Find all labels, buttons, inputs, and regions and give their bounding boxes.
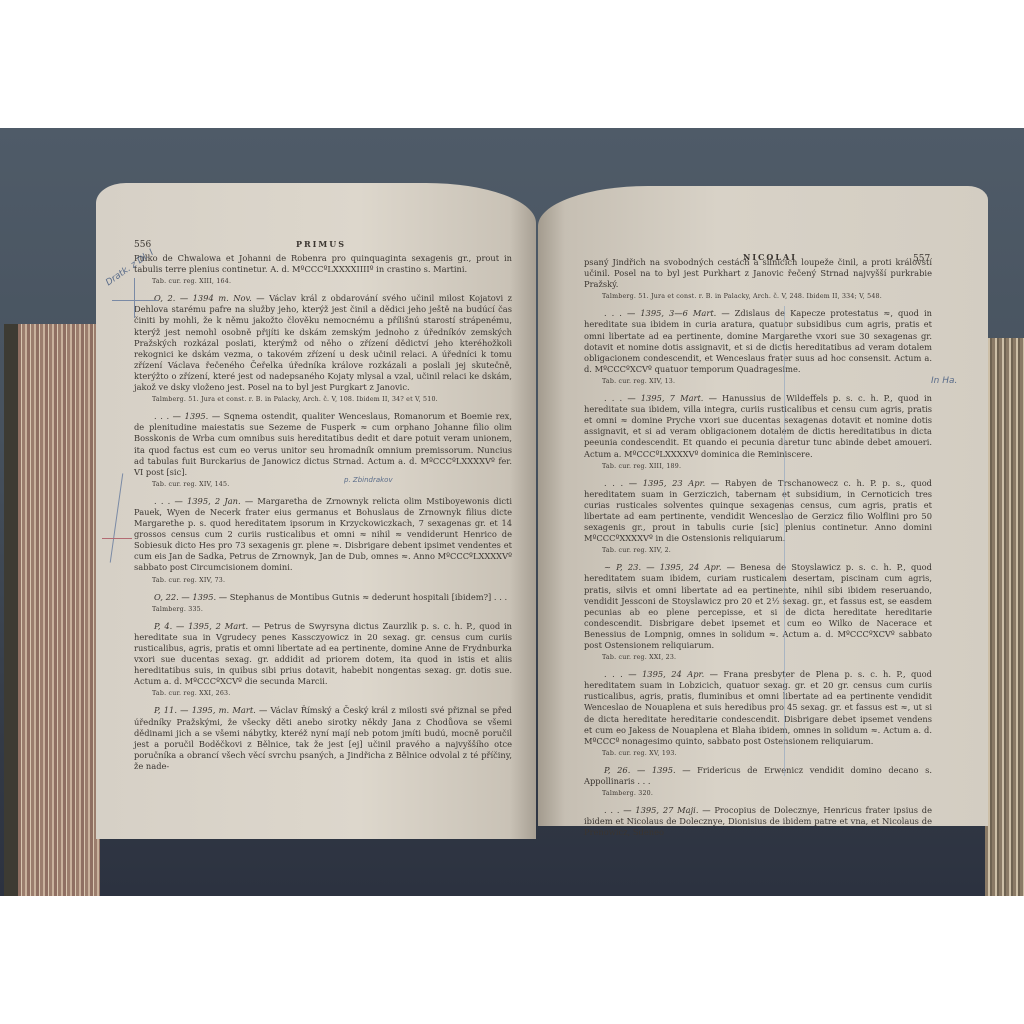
record-entry: . . . — 1395. — Sqnema ostendit, qualite…: [134, 411, 512, 490]
running-head: PRIMUS: [296, 239, 346, 249]
entry-date-head: . . . — 1395, 3—6 Mart. —: [604, 308, 735, 318]
pencil-mark: [110, 473, 124, 562]
entry-date-head: . . . — 1395, 2 Jan. —: [154, 496, 257, 506]
record-entry: . . . — 1395, 2 Jan. — Margaretha de Zrn…: [134, 496, 512, 586]
pencil-mark: [134, 278, 135, 318]
entry-text: Frana presbyter de Plena p. s. c. h. P.,…: [584, 669, 932, 746]
entry-date-head: . . . — 1395, 27 Maji. —: [604, 805, 714, 815]
entry-date-head: O, 22. — 1395. —: [154, 592, 230, 602]
entry-date-head: . . . — 1395, 23 Apr. —: [604, 478, 725, 488]
entry-date-head: P, 4. — 1395, 2 Mart. —: [154, 621, 264, 631]
entry-citation: Tab. cur. reg. XXI, 263.: [152, 688, 512, 699]
right-page: NICOLAI 557 psaný Jindřich na svobodných…: [538, 186, 988, 826]
entry-citation: Tab. cur. reg. XIII, 189.: [602, 461, 932, 472]
pencil-mark: [112, 300, 158, 301]
record-entry: . . . — 1395, 7 Mart. — Hanussius de Wil…: [584, 393, 932, 472]
right-page-text: psaný Jindřich na svobodných cestách a s…: [584, 257, 932, 845]
left-page-edges: [4, 324, 100, 896]
pencil-mark: [784, 306, 785, 776]
entry-citation: Talmberg. 51. Jura et const. r. B. in Pa…: [602, 291, 932, 302]
entry-text: Margaretha de Zrnownyk relicta olim Msti…: [134, 496, 512, 573]
record-entry: psaný Jindřich na svobodných cestách a s…: [584, 257, 932, 302]
entry-citation: Tab. cur. reg. XV, 193.: [602, 748, 932, 759]
entry-date-head: . . . — 1395, 7 Mart. —: [604, 393, 722, 403]
left-page: 556 PRIMUS Pulko de Chwalowa et Johanni …: [96, 183, 536, 839]
entry-citation: Tab. cur. reg. XIV, 13.: [602, 376, 932, 387]
entry-text: Václav král z obdarování svého učinil mi…: [134, 293, 512, 392]
entry-citation: Tab. cur. reg. XIV, 73.: [152, 575, 512, 586]
record-entry: P, 11. — 1395, m. Mart. — Václav Římský …: [134, 705, 512, 772]
record-entry: . . . — 1395, 3—6 Mart. — Zdislaus de Ka…: [584, 308, 932, 387]
right-page-edges: [985, 338, 1024, 896]
entry-citation: Tab. cur. reg. XIV, 145.: [152, 479, 512, 490]
record-entry: Pulko de Chwalowa et Johanni de Robenra …: [134, 253, 512, 287]
left-page-text: Pulko de Chwalowa et Johanni de Robenra …: [134, 253, 512, 778]
entry-citation: Tab. cur. reg. XIV, 2.: [602, 545, 932, 556]
entry-date-head: . . . — 1395, 24 Apr. —: [604, 669, 723, 679]
entry-date-head: . . . — 1395. —: [154, 411, 224, 421]
entry-date-head: P, 26. — 1395. —: [604, 765, 697, 775]
record-entry: . . . — 1395, 27 Maji. — Procopius de Do…: [584, 805, 932, 838]
entry-citation: Tab. cur. reg. XXI, 23.: [602, 652, 932, 663]
entry-date-head: ~ P, 23. — 1395, 24 Apr. —: [604, 562, 740, 572]
entry-text: Stephanus de Montibus Gutnis ≈ dederunt …: [230, 592, 507, 602]
record-entry: O, 22. — 1395. — Stephanus de Montibus G…: [134, 592, 512, 615]
entry-text: psaný Jindřich na svobodných cestách a s…: [584, 257, 932, 289]
entry-text: Pulko de Chwalowa et Johanni de Robenra …: [134, 253, 512, 274]
record-entry: ~ P, 23. — 1395, 24 Apr. — Benesa de Sto…: [584, 562, 932, 663]
record-entry: P, 4. — 1395, 2 Mart. — Petrus de Swyrsy…: [134, 621, 512, 700]
record-entry: O, 2. — 1394 m. Nov. — Václav král z obd…: [134, 293, 512, 405]
entry-citation: Talmberg. 335.: [152, 604, 512, 615]
handwritten-note: In Ha.: [931, 376, 957, 386]
record-entry: . . . — 1395, 24 Apr. — Frana presbyter …: [584, 669, 932, 759]
entry-citation: Talmberg. 320.: [602, 788, 932, 799]
entry-date-head: P, 11. — 1395, m. Mart. —: [154, 705, 271, 715]
handwritten-note: p. Zbindrakov: [344, 476, 393, 484]
record-entry: . . . — 1395, 23 Apr. — Rabyen de Trscha…: [584, 478, 932, 557]
entry-citation: Talmberg. 51. Jura et const. r. B. in Pa…: [152, 394, 512, 405]
entry-citation: Tab. cur. reg. XIII, 164.: [152, 276, 512, 287]
record-entry: P, 26. — 1395. — Fridericus de Erwenicz …: [584, 765, 932, 799]
entry-date-head: O, 2. — 1394 m. Nov. —: [154, 293, 269, 303]
entry-text: Benesa de Stoyslawicz p. s. c. h. P., qu…: [584, 562, 932, 650]
pencil-mark: [102, 538, 132, 539]
